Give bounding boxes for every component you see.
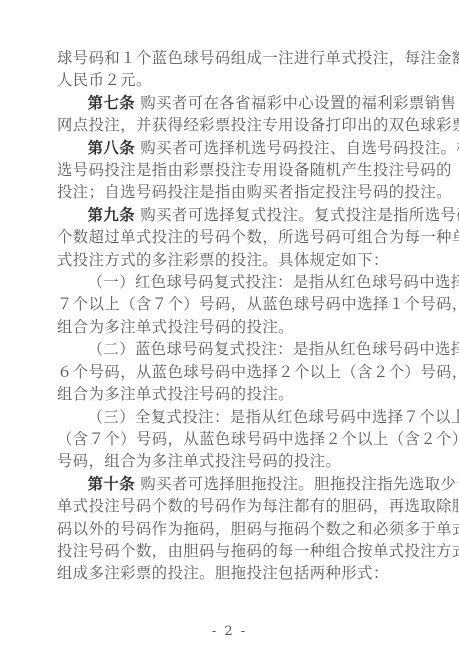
text-line: 组合为多注单式投注号码的投注。 (57, 316, 407, 338)
text-line: 组合为多注单式投注号码的投注。 (57, 383, 407, 405)
text-line: ６个号码，从蓝色球号码中选择２个以上（含２个）号码， (57, 361, 407, 383)
text-line: 购买者可选择复式投注。复式投注是指所选号码 (140, 206, 459, 224)
article-heading: 第七条 (88, 94, 135, 112)
text-line: 投注；自选号码投注是指由购买者指定投注号码的投注。 (57, 181, 407, 203)
text-line: 码以外的号码作为拖码，胆码与拖码个数之和必须多于单式 (57, 518, 407, 540)
text-line: ７个以上（含７个）号码，从蓝色球号码中选择１个号码， (57, 293, 407, 315)
item-2: （二）蓝色球号码复式投注：是指从红色球号码中选择 ６个号码，从蓝色球号码中选择２… (57, 338, 407, 405)
text-line: 购买者可在各省福彩中心设置的福利彩票销售 (140, 94, 456, 112)
document-page: 球号码和１个蓝色球号码组成一注进行单式投注，每注金额 人民币２元。 第七条 购买… (0, 0, 459, 669)
text-line: 号码，组合为多注单式投注号码的投注。 (57, 450, 407, 472)
item-3: （三）全复式投注：是指从红色球号码中选择７个以上 （含７个）号码，从蓝色球号码中… (57, 406, 407, 473)
text-line: 网点投注，并获得经彩票投注专用设备打印出的双色球彩票。 (57, 114, 407, 136)
text-line: （一）红色球号码复式投注：是指从红色球号码中选择 (57, 271, 407, 293)
item-1: （一）红色球号码复式投注：是指从红色球号码中选择 ７个以上（含７个）号码，从蓝色… (57, 271, 407, 338)
text-line: 组成多注彩票的投注。胆拖投注包括两种形式： (57, 562, 407, 584)
text-line: （二）蓝色球号码复式投注：是指从红色球号码中选择 (57, 338, 407, 360)
text-line: 球号码和１个蓝色球号码组成一注进行单式投注，每注金额 (57, 47, 407, 69)
text-line: 单式投注号码个数的号码作为每注都有的胆码，再选取除胆 (57, 495, 407, 517)
text-line: 购买者可选择胆拖投注。胆拖投注指先选取少于 (140, 475, 459, 493)
text-line: 选号码投注是指由彩票投注专用设备随机产生投注号码的 (57, 159, 407, 181)
text-line: 投注号码个数，由胆码与拖码的每一种组合按单式投注方式 (57, 540, 407, 562)
text-line: 式投注方式的多注彩票的投注。具体规定如下： (57, 249, 407, 271)
article-heading: 第八条 (88, 139, 135, 157)
article-9: 第九条 购买者可选择复式投注。复式投注是指所选号码 个数超过单式投注的号码个数，… (57, 204, 407, 271)
article-7: 第七条 购买者可在各省福彩中心设置的福利彩票销售 网点投注，并获得经彩票投注专用… (57, 92, 407, 137)
article-8: 第八条 购买者可选择机选号码投注、自选号码投注。机 选号码投注是指由彩票投注专用… (57, 137, 407, 204)
text-line: 个数超过单式投注的号码个数，所选号码可组合为每一种单 (57, 226, 407, 248)
text-line: （含７个）号码，从蓝色球号码中选择２个以上（含２个） (57, 428, 407, 450)
article-heading: 第九条 (88, 206, 135, 224)
page-number: - 2 - (0, 624, 459, 639)
text-line: （三）全复式投注：是指从红色球号码中选择７个以上 (57, 406, 407, 428)
paragraph-continuation: 球号码和１个蓝色球号码组成一注进行单式投注，每注金额 人民币２元。 (57, 47, 407, 92)
text-line: 购买者可选择机选号码投注、自选号码投注。机 (140, 139, 459, 157)
article-heading: 第十条 (88, 475, 135, 493)
text-line: 人民币２元。 (57, 69, 407, 91)
article-10: 第十条 购买者可选择胆拖投注。胆拖投注指先选取少于 单式投注号码个数的号码作为每… (57, 473, 407, 585)
document-body: 球号码和１个蓝色球号码组成一注进行单式投注，每注金额 人民币２元。 第七条 购买… (57, 47, 407, 585)
